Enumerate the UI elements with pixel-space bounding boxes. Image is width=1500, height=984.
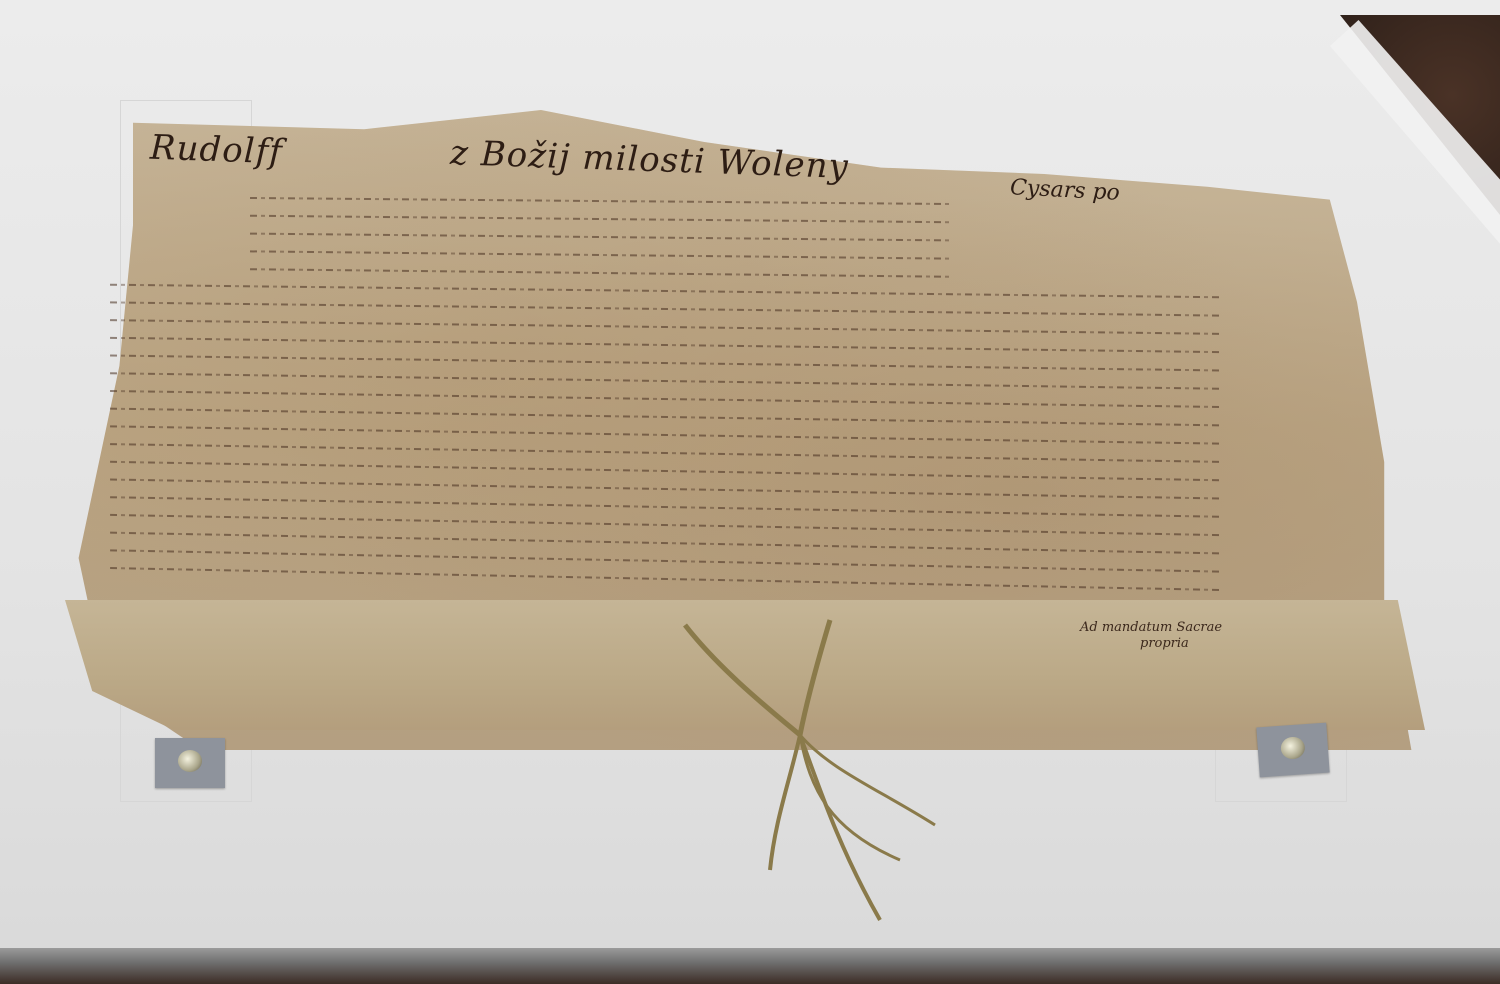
mount-clip-left	[155, 738, 225, 788]
signature-block: Ad mandatum Sacrae propria	[1080, 620, 1222, 652]
clip-stud-icon	[1280, 736, 1305, 760]
signature-line-1: Ad mandatum Sacrae	[1080, 620, 1222, 636]
signature-line-2: propria	[1080, 636, 1222, 652]
clip-stud-icon	[178, 750, 202, 772]
case-frame-bottom	[0, 948, 1500, 984]
document-heading-left: Rudolff	[149, 128, 283, 173]
mount-clip-right	[1256, 723, 1329, 778]
